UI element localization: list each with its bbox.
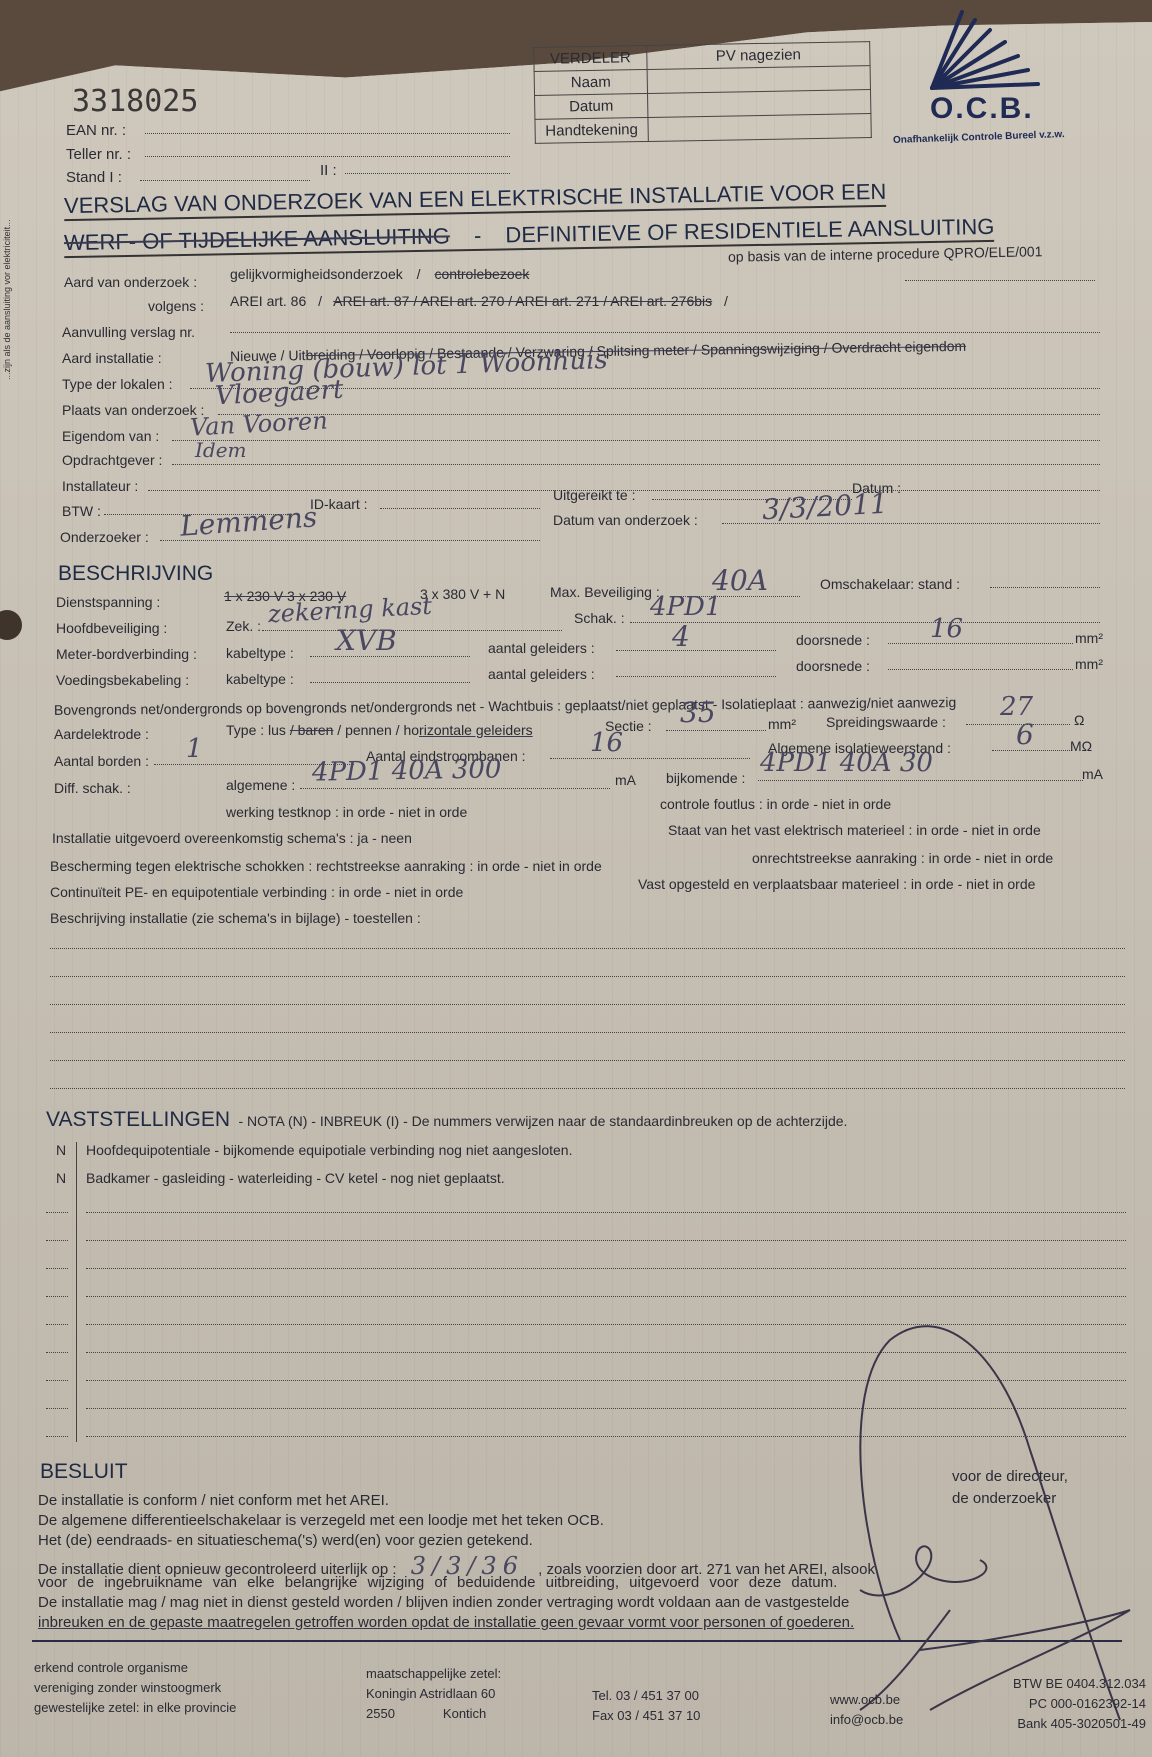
schak-label: Schak. : [574,610,625,626]
finding-text: Badkamer - gasleiding - waterleiding - C… [86,1170,505,1186]
plaats-field[interactable] [218,414,1100,415]
voeding-unit: mm² [1075,656,1103,672]
beschrijving-line[interactable] [50,1032,1125,1033]
finding-text-field[interactable] [86,1408,1126,1409]
eindstroombanen-field[interactable] [550,758,750,759]
meter-aantal-label: aantal geleiders : [488,640,595,656]
bijkomende-field[interactable] [758,780,1083,781]
option-struck-baren: / baren [290,722,334,738]
form-number: 3318025 [72,84,198,119]
omschakelaar-label: Omschakelaar: stand : [820,576,960,592]
zek-field[interactable] [262,630,562,631]
aard-onderzoek-label: Aard van onderzoek : [64,274,197,290]
footer-pc: PC 000-0162392-14 [976,1694,1146,1714]
beschrijving-line[interactable] [50,948,1125,949]
beschrijving-line[interactable] [50,976,1125,977]
footer-organisation: erkend controle organisme vereniging zon… [34,1658,236,1718]
footer-email-link[interactable]: info@ocb.be [830,1710,903,1730]
finding-text-field[interactable] [86,1352,1126,1353]
finding-text: Hoofdequipotentiale - bijkomende equipot… [86,1142,572,1158]
footer-website-link[interactable]: www.ocb.be [830,1690,903,1710]
meter-aantal-value: 4 [672,620,690,653]
schak-field[interactable] [630,622,1100,623]
besluit-heading: BESLUIT [40,1460,128,1484]
max-beveiliging-label: Max. Beveiliging : [550,584,660,600]
bescherming-line: Bescherming tegen elektrische schokken :… [50,858,602,874]
separator: / [417,266,421,282]
besluit-inbreuken-line: inbreuken en de gepaste maatregelen getr… [38,1614,854,1631]
sectie-field[interactable] [666,730,766,731]
footer-address-title: maatschappelijke zetel: [366,1664,501,1684]
testknop-line: werking testknop : in orde - niet in ord… [226,804,467,820]
footer-divider [32,1640,1122,1642]
verdeler-table: VERDELERPV nagezien Naam Datum Handteken… [533,41,872,144]
voeding-doorsnede-label: doorsnede : [796,658,870,674]
beschrijving-installatie-label: Beschrijving installatie (zie schema's i… [50,910,421,926]
meter-kabeltype-value: XVB [336,624,397,657]
algemene-unit: mA [615,772,636,788]
finding-code: N [56,1142,66,1158]
ocb-wordmark: O.C.B. [930,92,1034,126]
eigendom-label: Eigendom van : [62,428,159,444]
omschakelaar-field[interactable] [990,587,1100,588]
besluit-conform-line: De installatie is conform / niet conform… [38,1492,389,1509]
footer-bank-account: Bank 405-3020501-49 [976,1714,1146,1734]
finding-code-field[interactable] [46,1296,68,1297]
option-arei-86: AREI art. 86 [230,293,306,309]
verdeler-cell-label: Handtekening [535,117,648,143]
zek-label: Zek. : [226,618,261,634]
spreidingswaarde-unit: Ω [1074,712,1084,728]
footer-zip: 2550 [366,1706,395,1721]
finding-text-field[interactable] [86,1212,1126,1213]
voeding-doorsnede-field[interactable] [888,669,1073,670]
footer-fax: Fax 03 / 451 37 10 [592,1706,700,1726]
finding-code-field[interactable] [46,1380,68,1381]
finding-text-field[interactable] [86,1436,1126,1437]
meter-label: Meter-bordverbinding : [56,646,197,662]
opdrachtgever-field[interactable] [172,464,1100,465]
aardelektrode-label: Aardelektrode : [54,726,149,742]
bijkomende-label: bijkomende : [666,770,745,786]
beschrijving-line[interactable] [50,1088,1125,1089]
plaats-label: Plaats van onderzoek : [62,402,204,418]
bijkomende-unit: mA [1082,766,1103,782]
code-column-divider [76,1142,77,1442]
stand-ii-label: II : [320,162,337,179]
volgens-value: AREI art. 86 / AREI art. 87 / AREI art. … [230,293,728,309]
signoff-onderzoeker: de onderzoeker [952,1490,1056,1507]
foutlus-line: controle foutlus : in orde - niet in ord… [660,796,891,812]
verdeler-cell-label: Naam [534,69,647,95]
verdeler-cell-label: VERDELER [534,45,647,71]
footer-bank: BTW BE 0404.312.034 PC 000-0162392-14 Ba… [976,1674,1146,1734]
option-gelijkvormigheidsonderzoek: gelijkvormigheidsonderzoek [230,266,403,282]
eigendom-field[interactable] [172,440,1100,441]
option-controlebezoek: controlebezoek [434,266,529,282]
meter-unit: mm² [1075,630,1103,646]
separator: / [318,293,322,309]
verdeler-row: Handtekening [535,114,871,144]
aantal-borden-label: Aantal borden : [54,753,149,769]
besluit-schema-line: Het (de) eendraads- en situatieschema('s… [38,1532,533,1549]
footer-web: www.ocb.be info@ocb.be [830,1690,903,1730]
title-struck-option: WERF- OF TIJDELIJKE AANSLUITING [64,223,450,255]
finding-text-field[interactable] [86,1240,1126,1241]
algemene-value: 4PD1 40A 300 [312,754,502,787]
ean-field[interactable] [145,133,510,134]
stand-ii-field[interactable] [345,173,510,174]
finding-text-field[interactable] [86,1380,1126,1381]
footer-org-line: erkend controle organisme [34,1658,236,1678]
footer-city: Kontich [443,1706,486,1721]
datum-onderzoek-label: Datum van onderzoek : [553,512,698,528]
isolatie-value: 6 [1016,718,1034,751]
stand-i-field[interactable] [140,180,310,181]
finding-text-field[interactable] [86,1268,1126,1269]
title-separator: - [474,223,482,248]
idkaart-field[interactable] [380,508,540,509]
verdeler-handtekening-field[interactable] [648,114,871,142]
aard-onderzoek-value: gelijkvormigheidsonderzoek / controlebez… [230,266,529,282]
meter-aantal-field[interactable] [616,650,776,651]
dienstspanning-kept: 3 x 380 V + N [420,586,505,602]
datum-onderzoek-value: 3/3/2011 [761,487,888,527]
voeding-aantal-field[interactable] [616,676,776,677]
aantal-borden-value: 1 [186,734,203,764]
footer-org-line: vereniging zonder winstoogmerk [34,1678,236,1698]
ean-label: EAN nr. : [66,122,126,139]
voeding-label: Voedingsbekabeling : [56,672,189,688]
stand-label: Stand I : [66,169,122,186]
besluit-dienst-line: De installatie mag / mag niet in dienst … [38,1594,849,1611]
opdrachtgever-value: Idem [195,438,247,462]
type-lokalen-label: Type der lokalen : [62,376,173,392]
footer-street: Koningin Astridlaan 60 [366,1684,501,1704]
teller-label: Teller nr. : [66,146,131,163]
schak-value: 4PD1 [650,592,721,622]
finding-code-field[interactable] [46,1436,68,1437]
meter-doorsnede-value: 16 [930,614,963,644]
hoofdbeveiliging-label: Hoofdbeveiliging : [56,620,167,636]
algemene-label: algemene : [226,777,295,793]
meter-doorsnede-field[interactable] [888,643,1073,644]
voeding-kabeltype-field[interactable] [310,682,470,683]
sectie-value: 35 [680,696,716,729]
footer-address: maatschappelijke zetel: Koningin Astridl… [366,1664,501,1724]
option-underlined: rizontale geleiders [419,722,533,738]
vaststellingen-heading: VASTSTELLINGEN [46,1108,230,1131]
volgens-other-field[interactable] [905,280,1095,281]
finding-text-field[interactable] [86,1296,1126,1297]
isolatie-unit: MΩ [1070,738,1092,754]
btw-label: BTW : [62,503,101,519]
aanvulling-label: Aanvulling verslag nr. [62,324,195,340]
beschrijving-line[interactable] [50,1004,1125,1005]
finding-code-field[interactable] [46,1212,68,1213]
bijkomende-value: 4PD1 40A 30 [760,748,933,778]
vaststellingen-header: VASTSTELLINGEN - NOTA (N) - INBREUK (I) … [46,1108,847,1132]
onderzoeker-label: Onderzoeker : [60,529,149,545]
beschrijving-heading: BESCHRIJVING [58,562,213,586]
staat-line: Staat van het vast elektrisch materieel … [668,822,1041,838]
type-options: / pennen / ho [333,722,419,738]
idkaart-label: ID-kaart : [310,496,368,512]
footer-tel: Tel. 03 / 451 37 00 [592,1686,700,1706]
aard-installatie-label: Aard installatie : [62,350,162,366]
installateur-label: Installateur : [62,478,138,494]
algemene-field[interactable] [300,788,610,789]
option-struck-articles: AREI art. 87 / AREI art. 270 / AREI art.… [333,293,712,309]
besluit-loodje-line: De algemene differentieelschakelaar is v… [38,1512,604,1529]
footer-phone: Tel. 03 / 451 37 00 Fax 03 / 451 37 10 [592,1686,700,1726]
finding-text-field[interactable] [86,1324,1126,1325]
diff-label: Diff. schak. : [54,780,131,796]
datum-field[interactable] [915,490,1100,491]
dienstspanning-label: Dienstspanning : [56,594,160,610]
beschrijving-line[interactable] [50,1060,1125,1061]
side-margin-text: ...zijn als de aansluiting vor elektrici… [2,219,12,380]
voeding-kabeltype-label: kabeltype : [226,671,294,687]
finding-code: N [56,1170,66,1186]
finding-code-field[interactable] [46,1352,68,1353]
footer-org-line: gewestelijke zetel: in elke provincie [34,1698,236,1718]
finding-code-field[interactable] [46,1324,68,1325]
continuiteit-line: Continuïteit PE- en equipotentiale verbi… [50,884,463,900]
aanvulling-field[interactable] [230,332,1100,333]
aardelektrode-type: Type : lus / baren / pennen / horizontal… [226,722,533,738]
vast-line: Vast opgesteld en verplaatsbaar materiee… [638,876,1035,892]
volgens-label: volgens : [148,298,204,314]
finding-code-field[interactable] [46,1240,68,1241]
uitgereikt-label: Uitgereikt te : [553,487,635,503]
voeding-aantal-label: aantal geleiders : [488,666,595,682]
schema-line: Installatie uitgevoerd overeenkomstig sc… [52,830,412,846]
meter-doorsnede-label: doorsnede : [796,632,870,648]
opdrachtgever-label: Opdrachtgever : [62,452,162,468]
teller-field[interactable] [145,156,510,157]
eindstroombanen-value: 16 [590,728,623,758]
besluit-wijziging-line: voor de ingebruikname van elke belangrij… [38,1574,837,1591]
type-label: Type : lus [226,722,290,738]
sectie-unit: mm² [768,716,796,732]
ocb-logo-icon [930,10,1050,90]
footer-btw: BTW BE 0404.312.034 [976,1674,1146,1694]
finding-code-field[interactable] [46,1408,68,1409]
onrechtstreeks-line: onrechtstreekse aanraking : in orde - ni… [752,850,1053,866]
signoff-directeur: voor de directeur, [952,1468,1068,1485]
vaststellingen-subtitle: - NOTA (N) - INBREUK (I) - De nummers ve… [238,1113,847,1129]
separator: / [724,293,728,309]
verdeler-cell-label: Datum [535,93,648,119]
meter-kabeltype-label: kabeltype : [226,645,294,661]
finding-code-field[interactable] [46,1268,68,1269]
spreidingswaarde-label: Spreidingswaarde : [826,714,946,730]
